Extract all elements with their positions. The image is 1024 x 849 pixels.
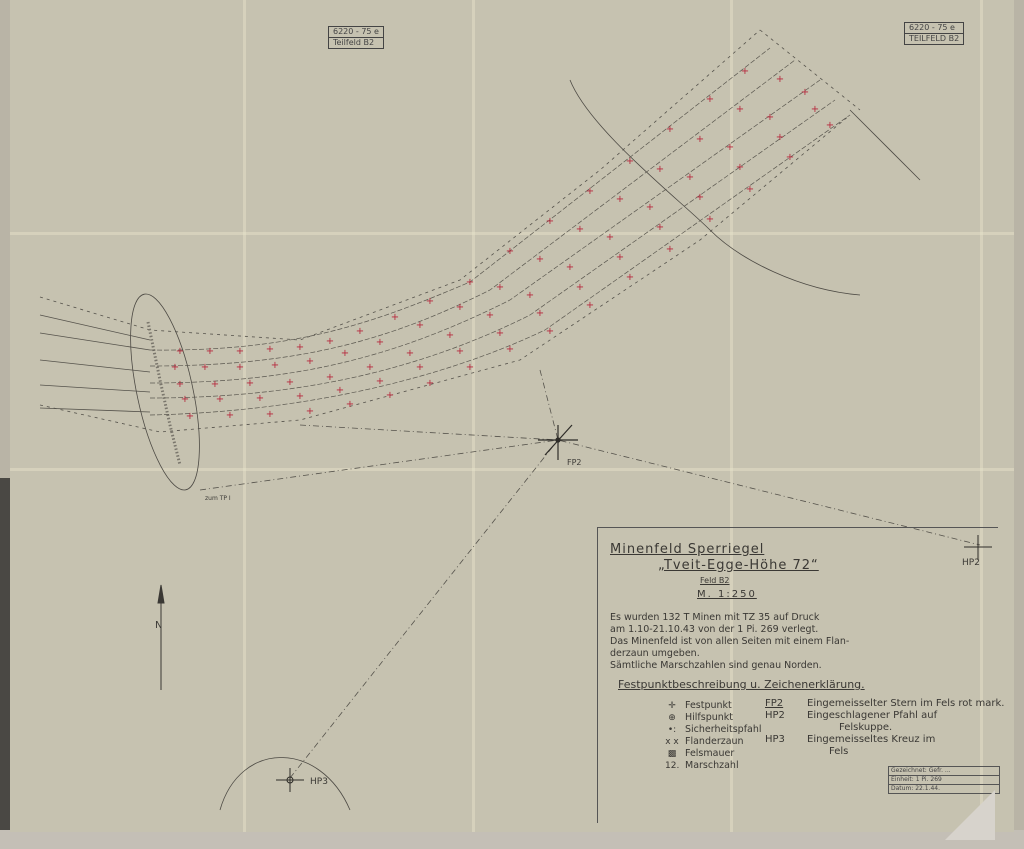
svg-text:+: + (176, 379, 184, 390)
auxiliary-point-icon: ⊕ (665, 712, 679, 724)
svg-text:+: + (526, 290, 534, 301)
symbol-item: •:Sicherheitspfahl (665, 724, 762, 736)
svg-text:+: + (626, 156, 634, 167)
svg-text:+: + (466, 362, 474, 373)
svg-text:+: + (186, 411, 194, 422)
svg-text:+: + (416, 320, 424, 331)
svg-text:+: + (296, 391, 304, 402)
svg-text:+: + (171, 362, 179, 373)
svg-text:+: + (496, 282, 504, 293)
svg-text:+: + (586, 300, 594, 311)
description-item: FP2Eingemeisselter Stern im Fels rot mar… (765, 698, 1004, 710)
svg-text:+: + (546, 326, 554, 337)
svg-text:+: + (656, 164, 664, 175)
hp3-label: HP3 (310, 777, 328, 787)
fixed-point-icon: ✛ (665, 700, 679, 712)
svg-text:+: + (426, 296, 434, 307)
svg-text:+: + (776, 74, 784, 85)
sheet-tag-left: 6220 - 75 e Teilfeld B2 (328, 26, 384, 49)
paragraph-line: derzaun umgeben. (610, 648, 870, 660)
svg-text:+: + (566, 262, 574, 273)
bearing-number-icon: 12. (665, 760, 679, 772)
sheet-field: TEILFELD B2 (905, 33, 963, 44)
legend-field: Feld B2 (700, 576, 730, 585)
symbol-label: Hilfspunkt (685, 712, 733, 724)
svg-text:+: + (236, 346, 244, 357)
svg-text:+: + (726, 142, 734, 153)
svg-text:+: + (706, 94, 714, 105)
svg-text:+: + (236, 362, 244, 373)
description-item: HP2Eingeschlagener Pfahl auf (765, 710, 1004, 722)
legend-title: Minenfeld Sperriegel (610, 542, 764, 557)
svg-text:+: + (416, 362, 424, 373)
flanders-fence-icon: x x (665, 736, 679, 748)
legend-subtitle: „Tveit-Egge-Höhe 72“ (658, 558, 819, 573)
svg-text:+: + (496, 328, 504, 339)
svg-text:+: + (776, 132, 784, 143)
svg-text:+: + (426, 378, 434, 389)
symbol-label: Festpunkt (685, 700, 732, 712)
svg-text:+: + (741, 66, 749, 77)
svg-text:+: + (766, 112, 774, 123)
svg-text:+: + (801, 87, 809, 98)
fp2-label: FP2 (567, 458, 582, 467)
symbol-item: ⊕Hilfspunkt (665, 712, 762, 724)
rock-wall-icon: ▩ (665, 748, 679, 760)
svg-text:+: + (546, 216, 554, 227)
svg-text:+: + (696, 192, 704, 203)
signature-drawn-by: Gezeichnet: Gefr. ... (889, 767, 999, 775)
svg-text:+: + (176, 346, 184, 357)
paragraph-line: Das Minenfeld ist von allen Seiten mit e… (610, 636, 870, 648)
svg-text:+: + (271, 360, 279, 371)
svg-text:+: + (356, 326, 364, 337)
svg-text:+: + (386, 390, 394, 401)
svg-text:+: + (286, 377, 294, 388)
symbol-list: ✛Festpunkt ⊕Hilfspunkt •:Sicherheitspfah… (665, 700, 762, 772)
svg-text:+: + (736, 162, 744, 173)
svg-text:+: + (826, 120, 834, 131)
svg-text:+: + (376, 337, 384, 348)
description-text: Felskuppe. (839, 722, 892, 734)
description-text: Eingemeisseltes Kreuz im (807, 734, 935, 746)
svg-text:+: + (586, 186, 594, 197)
svg-text:+: + (296, 342, 304, 353)
symbol-item: x xFlanderzaun (665, 736, 762, 748)
svg-text:+: + (366, 362, 374, 373)
svg-text:+: + (626, 272, 634, 283)
svg-text:+: + (326, 372, 334, 383)
svg-text:+: + (506, 344, 514, 355)
sheet-code: 6220 - 75 e (329, 27, 383, 37)
svg-text:+: + (446, 330, 454, 341)
svg-text:+: + (346, 399, 354, 410)
svg-text:+: + (486, 310, 494, 321)
svg-text:+: + (666, 244, 674, 255)
svg-text:+: + (226, 410, 234, 421)
svg-text:+: + (656, 222, 664, 233)
symbol-label: Felsmauer (685, 748, 734, 760)
svg-text:+: + (341, 348, 349, 359)
sheet-code: 6220 - 75 e (905, 23, 963, 33)
fixed-point-descriptions: FP2Eingemeisselter Stern im Fels rot mar… (765, 698, 1004, 758)
svg-text:+: + (616, 194, 624, 205)
svg-text:+: + (786, 152, 794, 163)
svg-text:+: + (576, 282, 584, 293)
description-key: FP2 (765, 698, 803, 710)
svg-text:+: + (536, 254, 544, 265)
paragraph-line: Es wurden 132 T Minen mit TZ 35 auf Druc… (610, 612, 870, 624)
fixed-point-fp2 (538, 425, 578, 460)
auxiliary-point-hp3 (276, 768, 304, 792)
svg-text:+: + (686, 172, 694, 183)
description-text: Eingeschlagener Pfahl auf (807, 710, 937, 722)
svg-text:+: + (576, 224, 584, 235)
svg-text:+: + (606, 232, 614, 243)
svg-text:+: + (201, 362, 209, 373)
symbol-item: ▩Felsmauer (665, 748, 762, 760)
svg-text:+: + (211, 379, 219, 390)
symbol-label: Flanderzaun (685, 736, 744, 748)
paragraph-line: am 1.10-21.10.43 von der 1 Pi. 269 verle… (610, 624, 870, 636)
svg-text:+: + (506, 246, 514, 257)
description-key (765, 746, 825, 758)
signature-unit: Einheit: 1 Pi. 269 (889, 775, 999, 784)
symbol-label: Sicherheitspfahl (685, 724, 762, 736)
svg-text:+: + (256, 393, 264, 404)
sheet-tag-right: 6220 - 75 e TEILFELD B2 (904, 22, 964, 45)
description-key (765, 722, 835, 734)
north-label: N (155, 620, 162, 631)
description-item: Fels (765, 746, 1004, 758)
symbol-item: ✛Festpunkt (665, 700, 762, 712)
description-item: HP3Eingemeisseltes Kreuz im (765, 734, 1004, 746)
svg-text:+: + (616, 252, 624, 263)
safety-stake-icon: •: (665, 724, 679, 736)
svg-text:+: + (306, 356, 314, 367)
svg-text:+: + (736, 104, 744, 115)
description-key: HP2 (765, 710, 803, 722)
svg-text:+: + (336, 385, 344, 396)
north-arrow-icon (158, 585, 164, 690)
symbol-item: 12.Marschzahl (665, 760, 762, 772)
svg-text:+: + (811, 104, 819, 115)
legend-scale: M. 1:250 (697, 589, 757, 600)
svg-text:+: + (696, 134, 704, 145)
svg-text:+: + (391, 312, 399, 323)
legend-paragraph: Es wurden 132 T Minen mit TZ 35 auf Druc… (610, 612, 870, 672)
mine-markers: +++++++++++++++++ +++++++++++++++++ ++++… (171, 66, 834, 422)
svg-text:+: + (646, 202, 654, 213)
svg-text:+: + (306, 406, 314, 417)
svg-text:+: + (706, 214, 714, 225)
svg-text:+: + (746, 184, 754, 195)
svg-text:+: + (181, 394, 189, 405)
svg-text:+: + (466, 277, 474, 288)
svg-text:+: + (266, 409, 274, 420)
svg-text:+: + (246, 378, 254, 389)
tp1-label: zum TP I (205, 495, 231, 502)
svg-text:+: + (376, 376, 384, 387)
svg-text:+: + (456, 346, 464, 357)
svg-text:+: + (216, 394, 224, 405)
svg-text:+: + (206, 346, 214, 357)
description-text: Fels (829, 746, 848, 758)
paragraph-line: Sämtliche Marschzahlen sind genau Norden… (610, 660, 870, 672)
svg-text:+: + (456, 302, 464, 313)
svg-text:+: + (326, 336, 334, 347)
description-text: Eingemeisselter Stern im Fels rot mark. (807, 698, 1004, 710)
svg-text:+: + (266, 344, 274, 355)
description-item: Felskuppe. (765, 722, 1004, 734)
sheet-field: Teilfeld B2 (329, 37, 383, 48)
symbol-label: Marschzahl (685, 760, 739, 772)
description-key: HP3 (765, 734, 803, 746)
svg-text:+: + (666, 124, 674, 135)
svg-text:+: + (536, 308, 544, 319)
legend-key-heading: Festpunktbeschreibung u. Zeichenerklärun… (618, 678, 865, 691)
page-curl (945, 790, 995, 840)
svg-text:+: + (406, 348, 414, 359)
